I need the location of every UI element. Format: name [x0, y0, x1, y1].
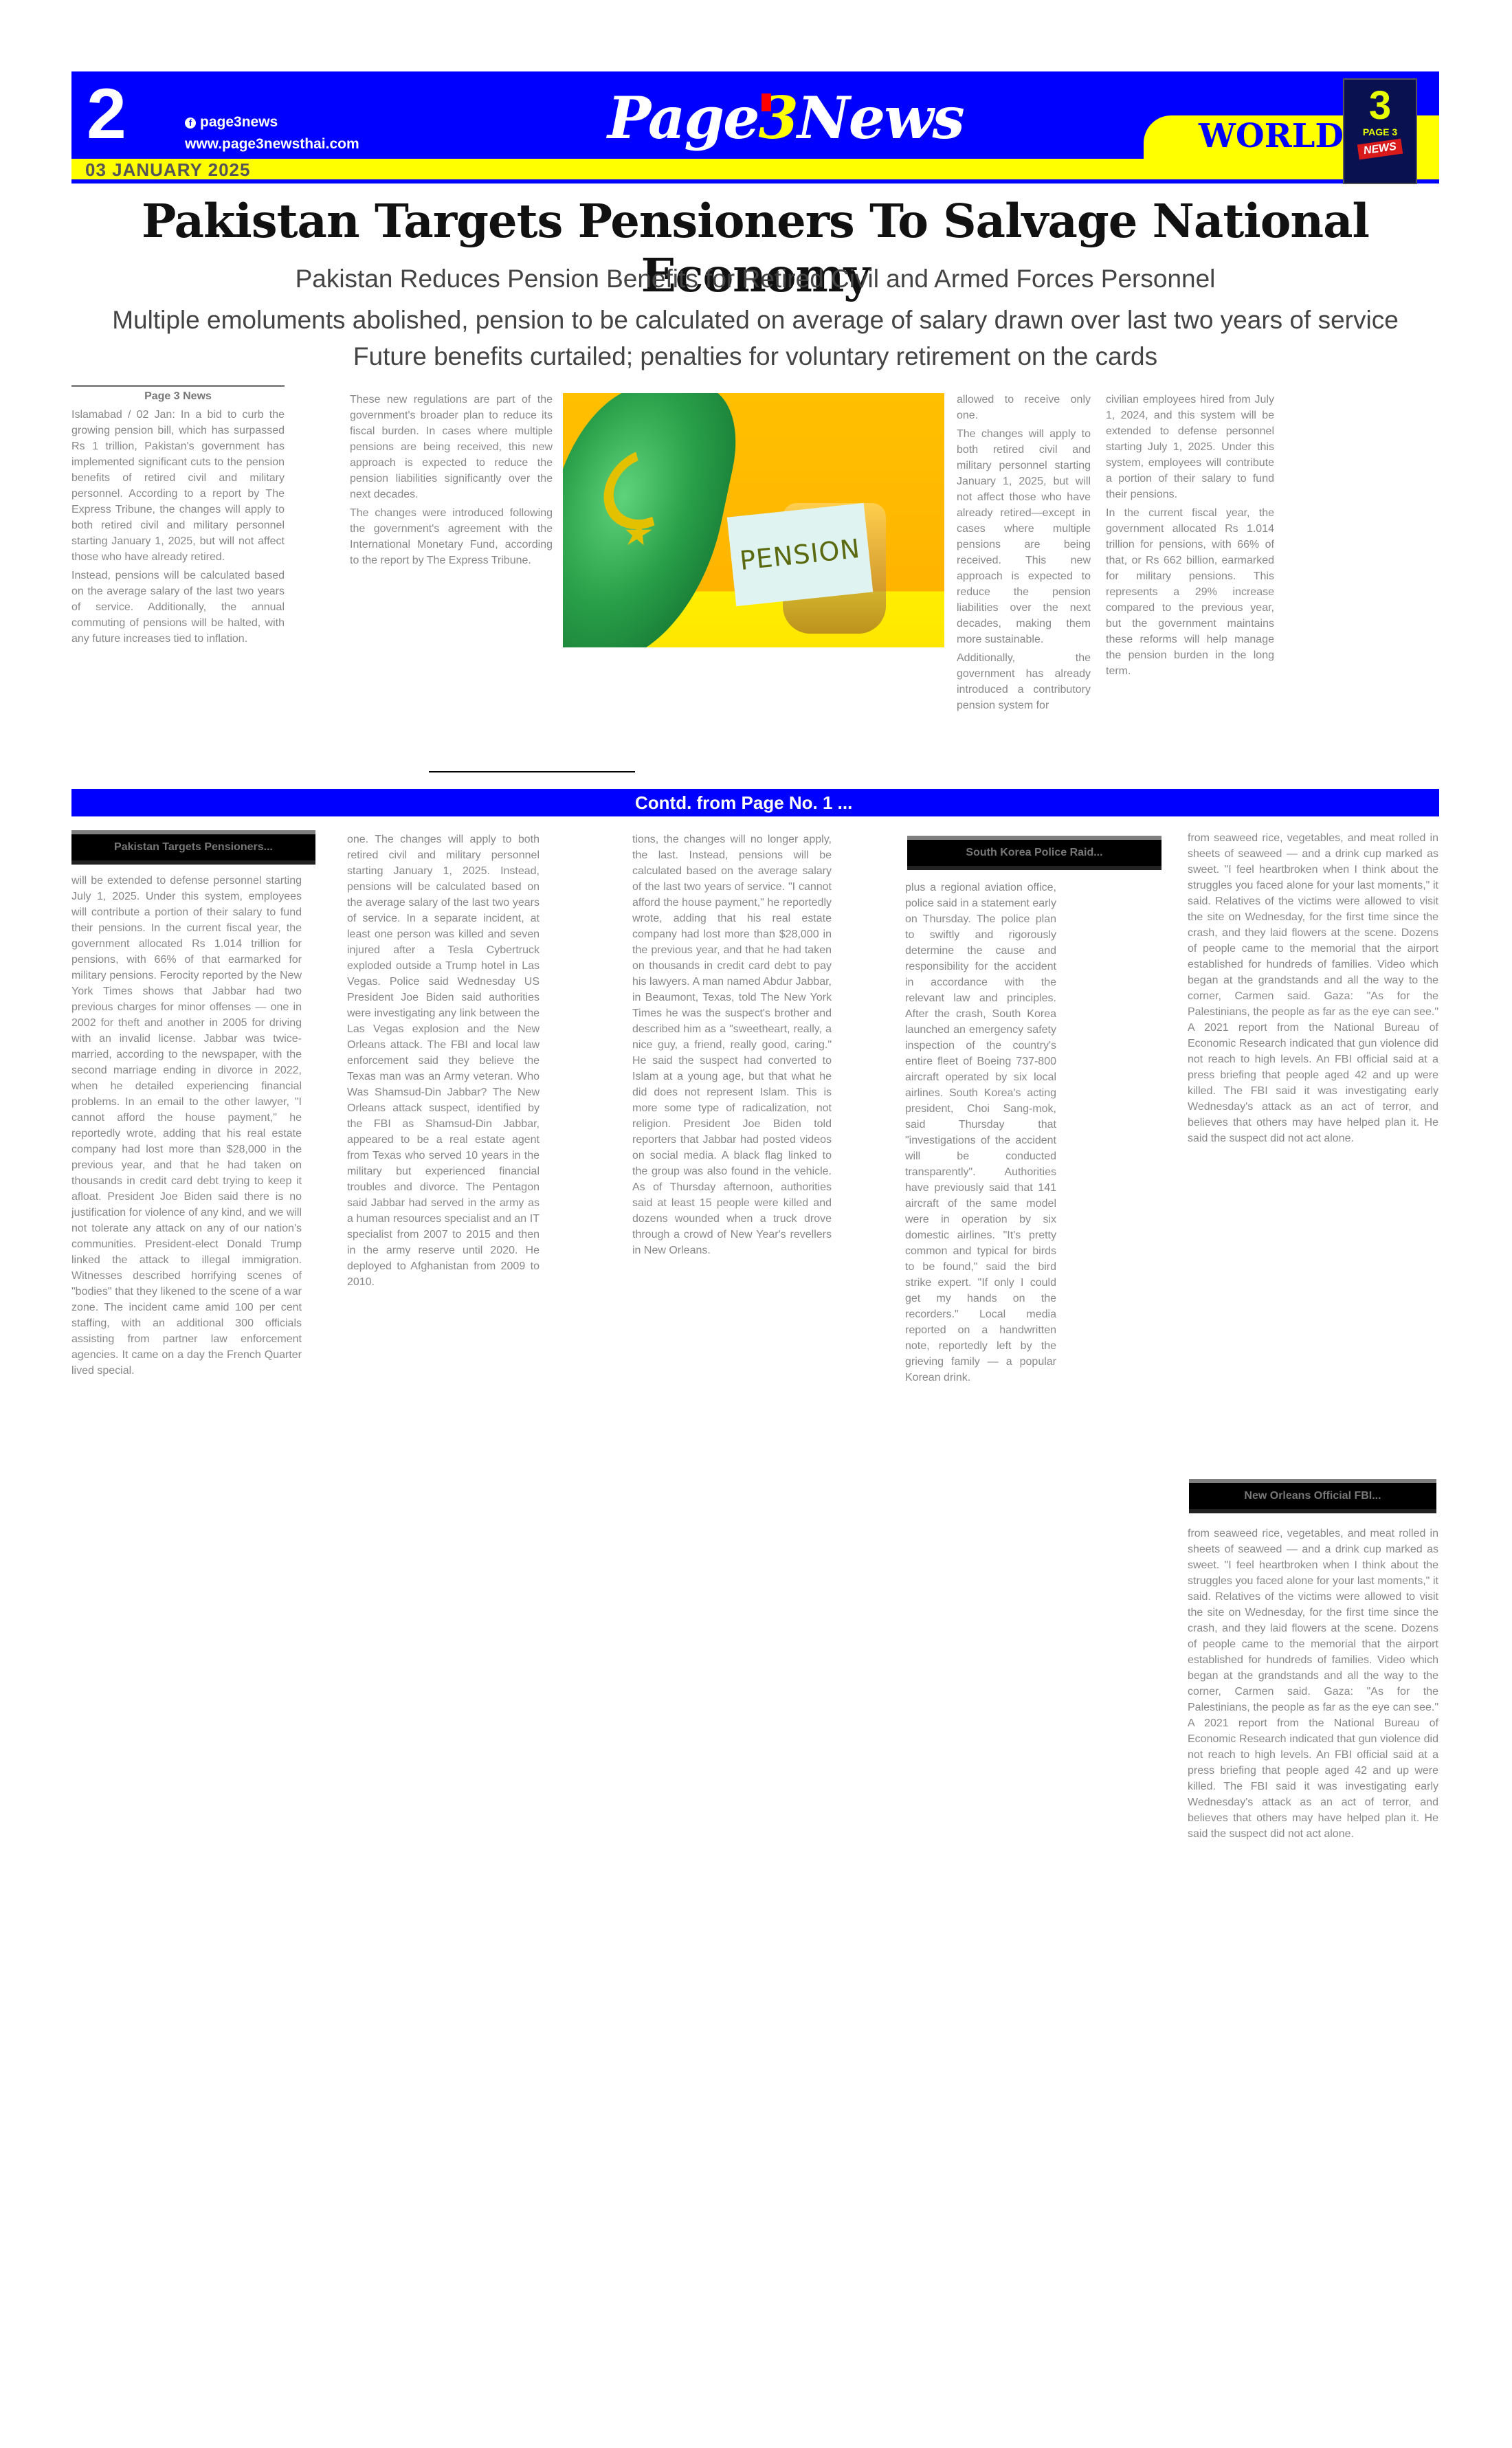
article-paragraph: These new regulations are part of the go… — [350, 392, 553, 502]
article-paragraph: Instead, pensions will be calculated bas… — [71, 568, 285, 647]
masthead: 2 fpage3news www.page3newsthai.com 03 JA… — [71, 71, 1439, 175]
story-label-south-korea: South Korea Police Raid... — [907, 836, 1161, 870]
pension-card: PENSION — [727, 503, 873, 606]
logo-text-page: Page — [608, 84, 759, 152]
article-column-2: These new regulations are part of the go… — [350, 392, 553, 780]
continued-column-5-top: from seaweed rice, vegetables, and meat … — [1188, 830, 1438, 1469]
article-paragraph: Islamabad / 02 Jan: In a bid to curb the… — [71, 407, 285, 565]
facebook-handle: page3news — [200, 114, 278, 130]
page-number: 2 — [87, 78, 126, 150]
article-byline: Page 3 News — [71, 385, 285, 404]
article-column-4: civilian employees hired from July 1, 20… — [1106, 392, 1274, 780]
continued-label: Contd. from Page No. 1 ... — [635, 792, 852, 814]
article-paragraph: The changes were introduced following th… — [350, 505, 553, 568]
pakistan-flag-image: ★ — [563, 393, 751, 647]
story-text: will be extended to defense personnel st… — [71, 873, 302, 1379]
logo-text-three: 3 — [759, 84, 797, 152]
article-paragraph: The changes will apply to both retired c… — [957, 426, 1091, 647]
logo-text-news: News — [797, 84, 964, 152]
newspaper-logo[interactable]: Page3News — [608, 84, 964, 152]
badge-line2: NEWS — [1357, 139, 1403, 160]
story-text: tions, the changes will no longer apply,… — [632, 832, 832, 1258]
story-text: plus a regional aviation office, police … — [905, 880, 1056, 1386]
badge-number: 3 — [1344, 85, 1416, 126]
continued-column-4: plus a regional aviation office, police … — [905, 880, 1056, 2371]
continued-column-5-bottom: from seaweed rice, vegetables, and meat … — [1188, 1526, 1438, 2371]
article-subhead-2: Multiple emoluments abolished, pension t… — [71, 306, 1439, 335]
article-column-3: allowed to receive only one. The changes… — [957, 392, 1091, 780]
main-article: Page 3 News Islamabad / 02 Jan: In a bid… — [71, 385, 1439, 783]
article-paragraph: Additionally, the government has already… — [957, 650, 1091, 713]
article-subhead-3: Future benefits curtailed; penalties for… — [71, 342, 1439, 371]
social-links: fpage3news www.page3newsthai.com — [185, 111, 359, 155]
story-text: from seaweed rice, vegetables, and meat … — [1188, 830, 1438, 1146]
continued-column-3: tions, the changes will no longer apply,… — [632, 832, 832, 2371]
continued-column-2: one. The changes will apply to both reti… — [347, 832, 540, 2371]
section-label: WORLD — [1199, 117, 1344, 155]
page3-badge-logo: 3 PAGE 3 NEWS — [1343, 78, 1417, 184]
issue-date: 03 JANUARY 2025 — [85, 159, 250, 181]
facebook-link[interactable]: fpage3news — [185, 111, 359, 133]
masthead-bottom-rule — [71, 179, 1439, 183]
story-text: one. The changes will apply to both reti… — [347, 832, 540, 1290]
badge-line1: PAGE 3 — [1344, 126, 1416, 137]
continued-column-1: will be extended to defense personnel st… — [71, 873, 302, 2371]
article-photo-pension: ★ PENSION — [563, 393, 944, 647]
facebook-icon: f — [185, 118, 196, 129]
masthead-date-band — [71, 159, 1439, 179]
article-paragraph: In the current fiscal year, the governme… — [1106, 505, 1274, 679]
story-label-new-orleans: New Orleans Official FBI... — [1189, 1479, 1436, 1513]
article-column-1: Page 3 News Islamabad / 02 Jan: In a bid… — [71, 385, 285, 780]
article-subhead-1: Pakistan Reduces Pension Benefits for Re… — [71, 265, 1439, 293]
website-link[interactable]: www.page3newsthai.com — [185, 133, 359, 155]
divider — [429, 771, 635, 772]
continued-from-page-bar: Contd. from Page No. 1 ... — [71, 789, 1439, 816]
story-label-pakistan: Pakistan Targets Pensioners... — [71, 830, 315, 865]
article-paragraph: civilian employees hired from July 1, 20… — [1106, 392, 1274, 502]
article-paragraph: allowed to receive only one. — [957, 392, 1091, 423]
story-text: from seaweed rice, vegetables, and meat … — [1188, 1526, 1438, 1842]
